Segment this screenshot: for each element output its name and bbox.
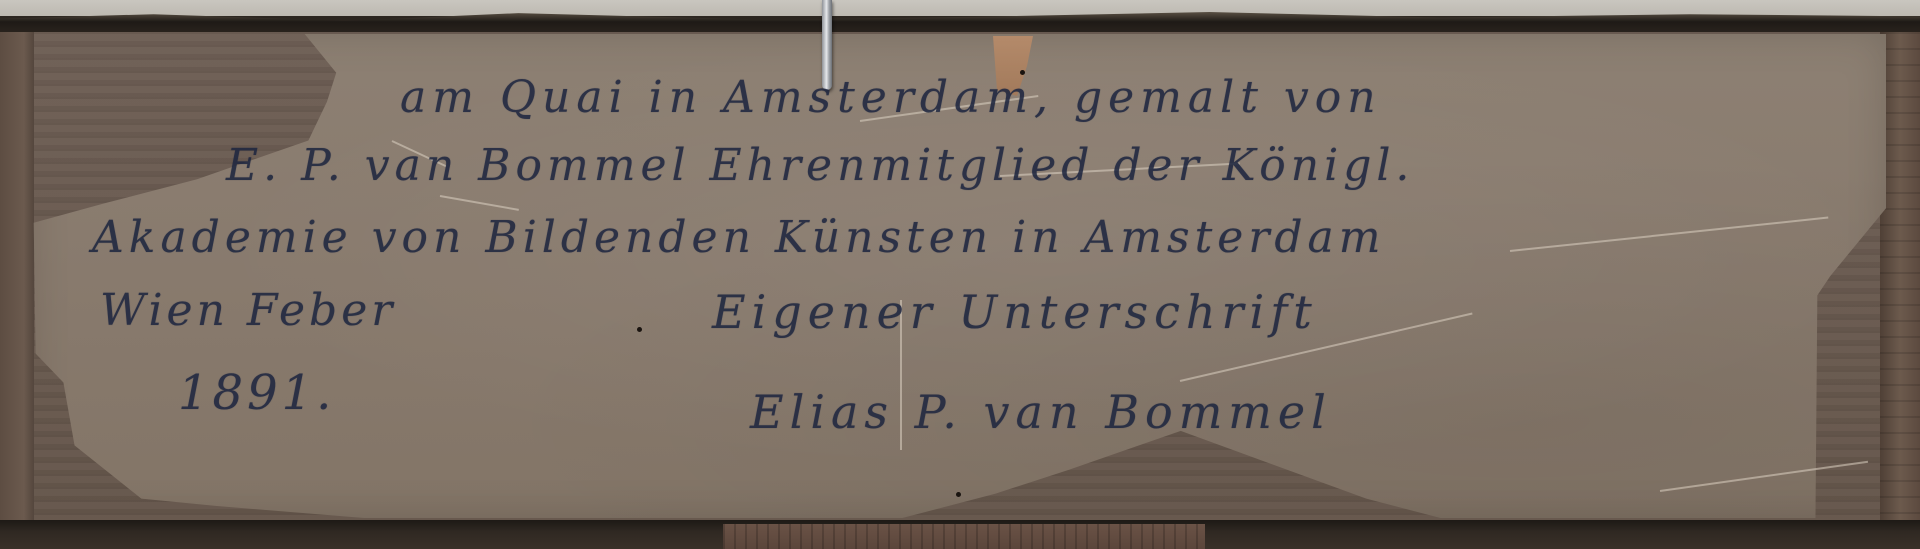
wooden-panel-right-edge <box>1880 32 1920 520</box>
inscription-line-5-right: Elias P. van Bommel <box>750 385 1332 439</box>
inscription-line-2: E. P. van Bommel Ehrenmitglied der König… <box>226 140 1414 191</box>
frame-bottom-plank <box>723 524 1205 549</box>
inscription-line-5-left: 1891. <box>178 365 335 421</box>
nail-hole <box>956 492 961 497</box>
inscription-line-4-left: Wien Feber <box>100 285 396 336</box>
inscription-line-3: Akademie von Bildenden Künsten in Amster… <box>92 212 1385 263</box>
inscription-line-1: am Quai in Amsterdam, gemalt von <box>400 72 1382 123</box>
nail-hole <box>637 327 642 332</box>
frame-top-edge <box>0 0 1920 16</box>
photo-scene: am Quai in Amsterdam, gemalt von E. P. v… <box>0 0 1920 549</box>
wooden-panel-left-edge <box>0 32 34 520</box>
inscription-line-4-right: Eigener Unterschrift <box>712 285 1318 339</box>
